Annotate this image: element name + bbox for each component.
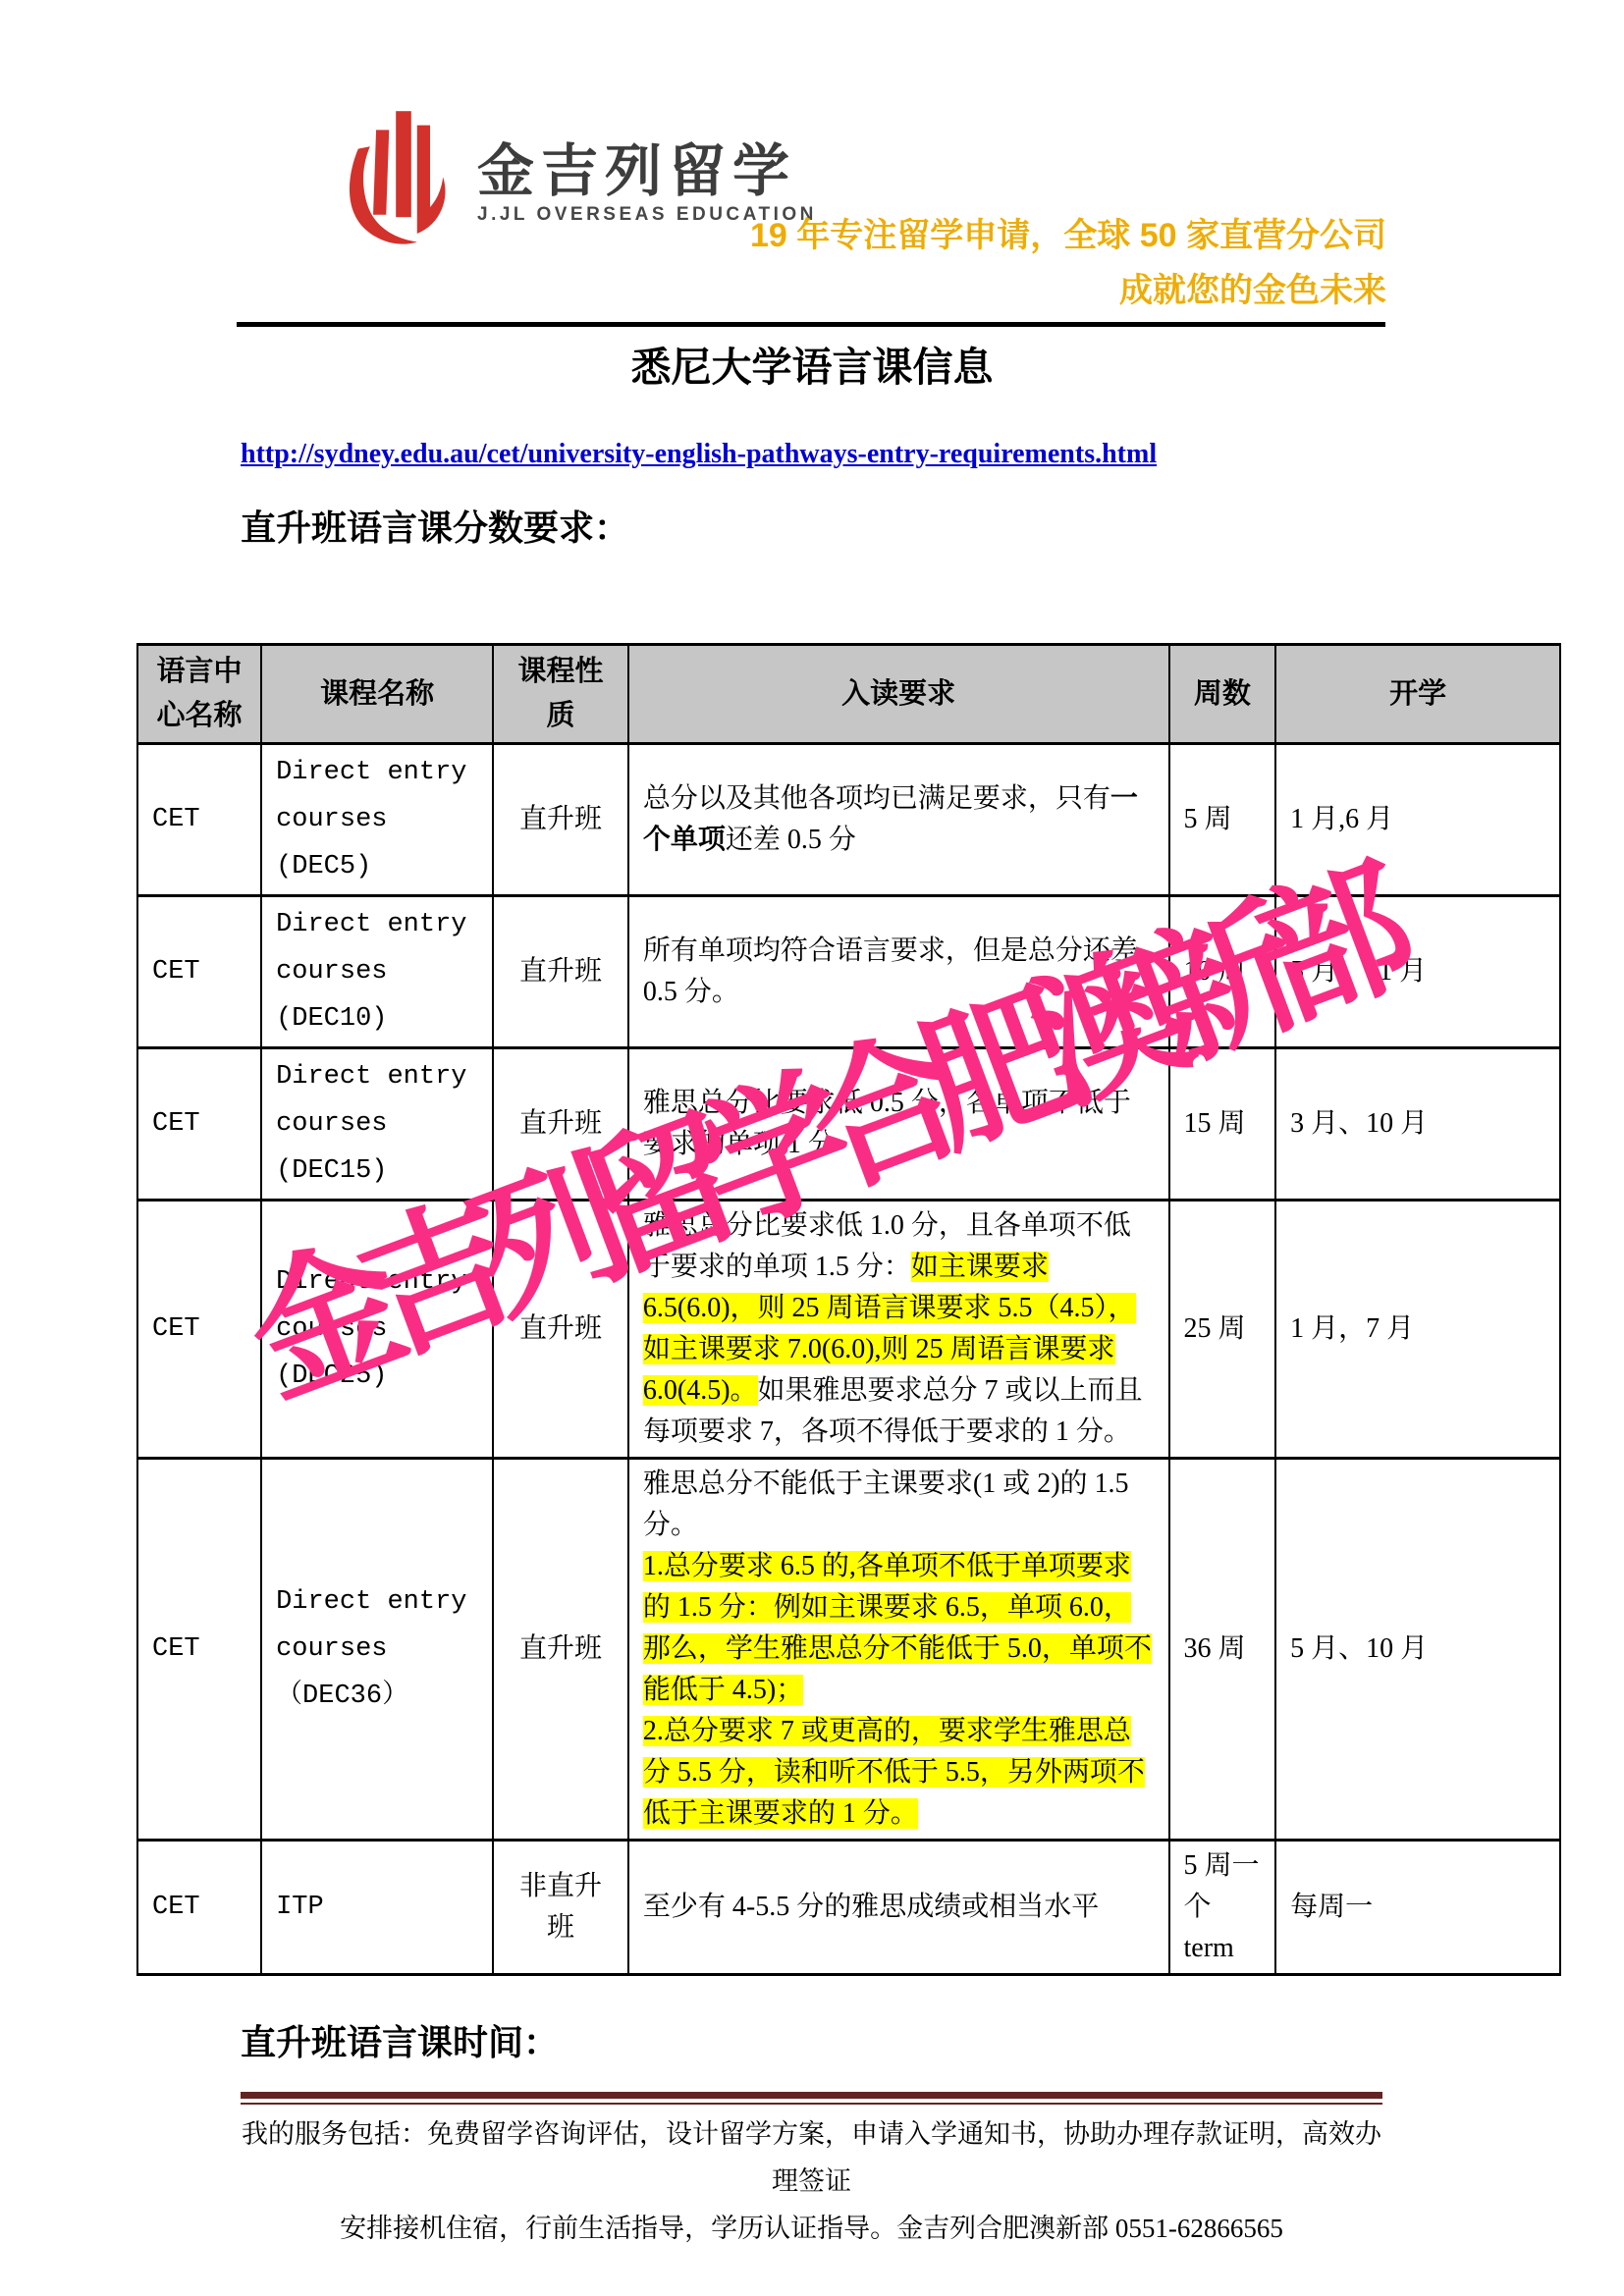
requirement-text: 至少有 4-5.5 分的雅思成绩或相当水平	[643, 1892, 1099, 1922]
requirement-text: 雅思总分比要求低 0.5 分，各单项不低于要求的单项 1 分	[643, 1088, 1131, 1159]
cell-course: ITP	[261, 1841, 493, 1975]
requirement-text: 所有单项均符合语言要求，但是总分还差 0.5 分。	[643, 935, 1138, 1007]
source-link[interactable]: http://sydney.edu.au/cet/university-engl…	[241, 439, 1157, 469]
table-row: CETDirect entry courses (DEC25)直升班雅思总分比要…	[137, 1201, 1560, 1459]
table-header-row: 语言中心名称课程名称课程性质入读要求周数开学	[137, 645, 1560, 744]
brand-name-cn: 金吉列留学	[477, 143, 817, 200]
company-tagline: 19 年专注留学申请，全球 50 家直营分公司 成就您的金色未来	[750, 208, 1386, 318]
cell-weeks: 15 周	[1169, 1048, 1276, 1201]
cell-weeks: 5 周一个 term	[1169, 1841, 1276, 1975]
requirements-table-body: CETDirect entry courses (DEC5)直升班总分以及其他各…	[137, 744, 1560, 1975]
requirement-text: 雅思总分比要求低 1.0 分，且各单项不低于要求的单项 1.5 分：	[643, 1210, 1131, 1282]
source-link-line: http://sydney.edu.au/cet/university-engl…	[241, 439, 1157, 470]
requirement-text: 1.总分要求 6.5 的,各单项不低于单项要求的 1.5 分：例如主课要求 6.…	[643, 1551, 1152, 1705]
column-header-5: 开学	[1275, 645, 1560, 744]
cell-center: CET	[137, 1841, 261, 1975]
tagline-line1: 19 年专注留学申请，全球 50 家直营分公司	[750, 208, 1386, 263]
cell-req: 所有单项均符合语言要求，但是总分还差 0.5 分。	[628, 896, 1169, 1048]
cell-weeks: 5 周	[1169, 744, 1276, 896]
table-row: CETDirect entry courses (DEC15)直升班雅思总分比要…	[137, 1048, 1560, 1201]
footer-line1: 我的服务包括：免费留学咨询评估，设计留学方案，申请入学通知书，协助办理存款证明，…	[241, 2110, 1382, 2205]
header-divider	[237, 322, 1385, 327]
document-page: 金吉列留学 J.JL OVERSEAS EDUCATION 19 年专注留学申请…	[0, 0, 1624, 2296]
cell-intake: 每周一	[1275, 1841, 1560, 1975]
cell-center: CET	[137, 1459, 261, 1841]
column-header-1: 课程名称	[261, 645, 493, 744]
section-heading-schedule: 直升班语言课时间：	[241, 2015, 559, 2065]
column-header-3: 入读要求	[628, 645, 1169, 744]
column-header-2: 课程性质	[493, 645, 628, 744]
requirement-text: 2.总分要求 7 或更高的，要求学生雅思总分 5.5 分，读和听不低于 5.5，…	[643, 1716, 1145, 1829]
table-row: CETDirect entry courses (DEC10)直升班所有单项均符…	[137, 896, 1560, 1048]
cell-center: CET	[137, 896, 261, 1048]
section-heading-scores: 直升班语言课分数要求：	[241, 501, 629, 551]
requirement-text: 还差 0.5 分	[726, 825, 856, 855]
cell-course: Direct entry courses (DEC15)	[261, 1048, 493, 1201]
cell-req: 雅思总分比要求低 1.0 分，且各单项不低于要求的单项 1.5 分：如主课要求 …	[628, 1201, 1169, 1459]
cell-intake: 5 月、10 月	[1275, 1459, 1560, 1841]
table-row: CETDirect entry courses (DEC5)直升班总分以及其他各…	[137, 744, 1560, 896]
cell-center: CET	[137, 1048, 261, 1201]
cell-type: 直升班	[493, 1459, 628, 1841]
column-header-0: 语言中心名称	[137, 645, 261, 744]
cell-course: Direct entry courses (DEC5)	[261, 744, 493, 896]
cell-course: Direct entry courses（DEC36）	[261, 1459, 493, 1841]
tagline-line2: 成就您的金色未来	[750, 263, 1386, 318]
footer-services: 我的服务包括：免费留学咨询评估，设计留学方案，申请入学通知书，协助办理存款证明，…	[241, 2110, 1382, 2252]
cell-type: 直升班	[493, 1048, 628, 1201]
cell-req: 雅思总分不能低于主课要求(1 或 2)的 1.5 分。1.总分要求 6.5 的,…	[628, 1459, 1169, 1841]
cell-type: 直升班	[493, 1201, 628, 1459]
cell-weeks: 25 周	[1169, 1201, 1276, 1459]
cell-course: Direct entry courses (DEC25)	[261, 1201, 493, 1459]
cell-req: 总分以及其他各项均已满足要求，只有一个单项还差 0.5 分	[628, 744, 1169, 896]
table-row: CETDirect entry courses（DEC36）直升班雅思总分不能低…	[137, 1459, 1560, 1841]
table-row: CETITP非直升班至少有 4-5.5 分的雅思成绩或相当水平5 周一个 ter…	[137, 1841, 1560, 1975]
page-title: 悉尼大学语言课信息	[0, 335, 1624, 393]
column-header-4: 周数	[1169, 645, 1276, 744]
footer-line2: 安排接机住宿，行前生活指导，学历认证指导。金吉列合肥澳新部 0551-62866…	[241, 2205, 1382, 2252]
cell-course: Direct entry courses (DEC10)	[261, 896, 493, 1048]
cell-type: 非直升班	[493, 1841, 628, 1975]
requirement-text: 雅思总分不能低于主课要求(1 或 2)的 1.5 分。	[643, 1468, 1129, 1540]
requirements-table: 语言中心名称课程名称课程性质入读要求周数开学 CETDirect entry c…	[136, 643, 1561, 1976]
cell-weeks: 36 周	[1169, 1459, 1276, 1841]
requirement-text: 总分以及其他各项均已满足要求，只有	[643, 783, 1110, 814]
cell-type: 直升班	[493, 896, 628, 1048]
cell-intake: 1 月，7 月	[1275, 1201, 1560, 1459]
cell-center: CET	[137, 744, 261, 896]
jjl-logo-icon	[342, 104, 471, 251]
cell-req: 雅思总分比要求低 0.5 分，各单项不低于要求的单项 1 分	[628, 1048, 1169, 1201]
cell-intake: 5 月，11 月	[1275, 896, 1560, 1048]
company-logo: 金吉列留学 J.JL OVERSEAS EDUCATION	[342, 104, 817, 251]
cell-type: 直升班	[493, 744, 628, 896]
cell-intake: 1 月,6 月	[1275, 744, 1560, 896]
cell-intake: 3 月、10 月	[1275, 1048, 1560, 1201]
cell-weeks: 10 周	[1169, 896, 1276, 1048]
cell-center: CET	[137, 1201, 261, 1459]
footer-divider	[241, 2092, 1382, 2105]
cell-req: 至少有 4-5.5 分的雅思成绩或相当水平	[628, 1841, 1169, 1975]
